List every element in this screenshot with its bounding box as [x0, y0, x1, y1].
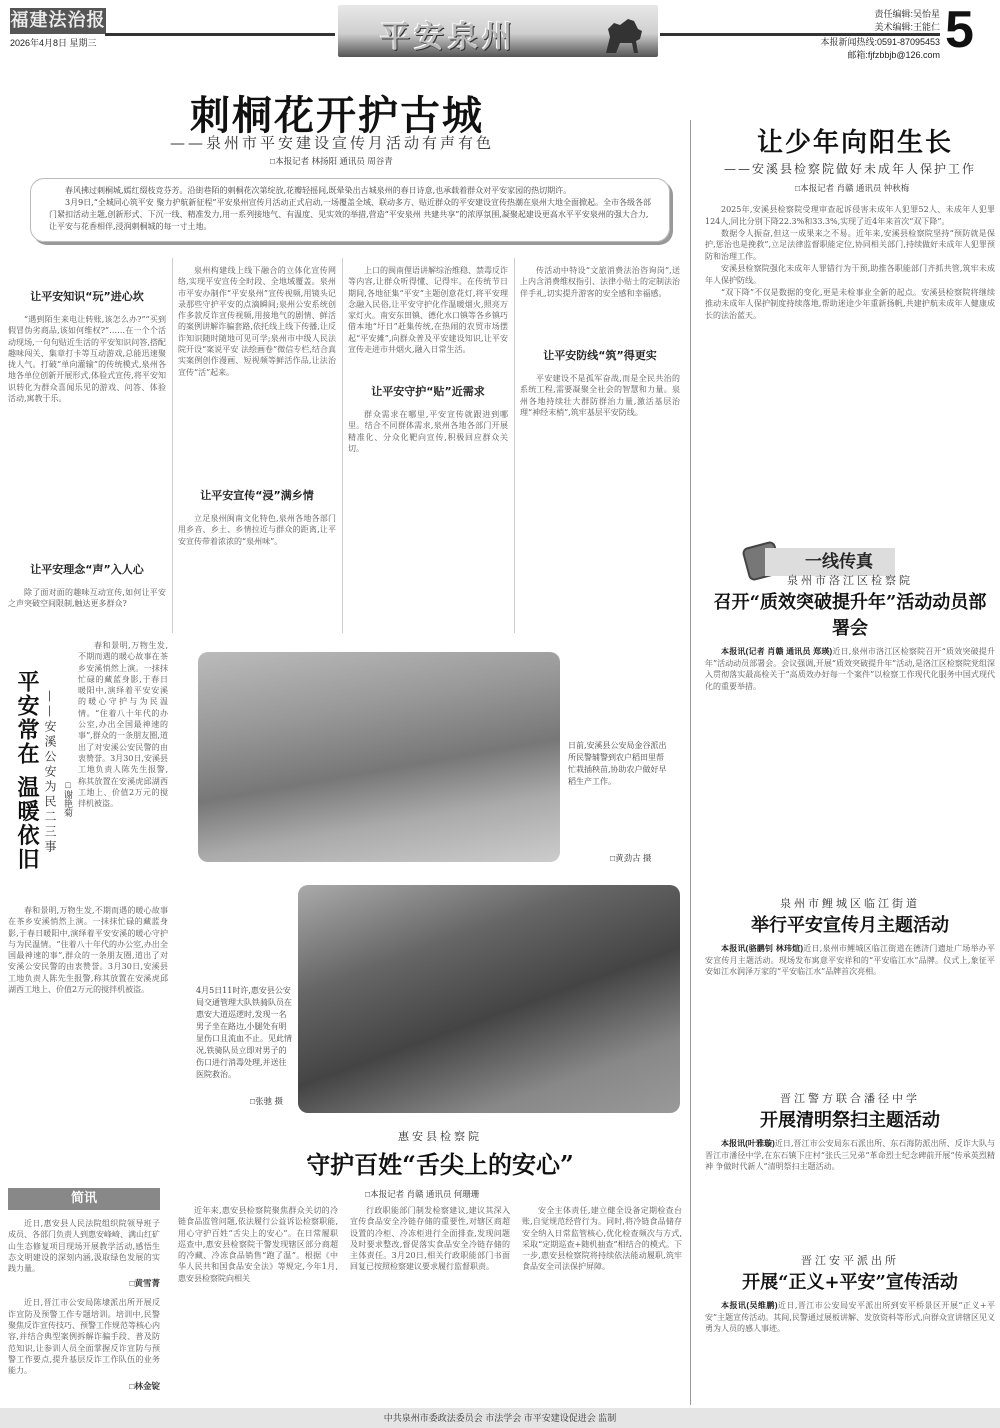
- news-body: 本报讯(叶雅璇)近日,晋江市公安局东石派出所、东石海防派出所、反诈大队与晋江市潘…: [705, 1138, 995, 1268]
- editor-name: 责任编辑:吴怡星: [780, 8, 940, 21]
- section-text: 上口的闽南俚语讲解综治维稳、禁毒反诈等内容,让群众听得懂、记得牢。在传统节日期间…: [348, 265, 508, 365]
- news-body: 本报讯(骆鹏钊 林玮煊)近日,泉州市鲤城区临江街道在德济门遗址广场举办平安宣传月…: [705, 943, 995, 1093]
- main-column-1: 让平安知识“玩”进心坎 “遇到陌生来电让转账,该怎么办?”“买到假冒伪劣商品,该…: [8, 288, 166, 633]
- news-kicker: 泉州市洛江区检察院: [705, 572, 995, 588]
- editors-info: 责任编辑:吴怡星 美术编辑:王能仁: [780, 8, 940, 34]
- column-divider: [342, 258, 343, 633]
- news-headline: 开展清明祭扫主题活动: [705, 1106, 995, 1132]
- huian-headline: 守护百姓“舌尖上的安心”: [190, 1145, 690, 1180]
- main-column-3: 上口的闽南俚语讲解综治维稳、禁毒反诈等内容,让群众听得懂、记得牢。在传统节日期间…: [348, 265, 508, 635]
- right-lead-body: 2025年,安溪县检察院受理审查起诉侵害未成年人犯罪52人、未成年人犯罪124人…: [705, 204, 995, 532]
- header-rule-left: [105, 33, 335, 36]
- photo-rice-planting: [198, 652, 560, 862]
- brief-item: 近日,惠安县人民法院组织院领导班子成员、各部门负责人到惠安峰崎、满山红矿山生态修…: [8, 1218, 160, 1274]
- section-banner-title: 平安泉州: [380, 12, 516, 56]
- footer-supervisor: 中共泉州市委政法委员会 市法学会 市平安建设促进会 监制: [0, 1408, 1000, 1428]
- news-kicker: 晋江安平派出所: [705, 1252, 995, 1268]
- brief-author: □黄雪菁: [8, 1277, 160, 1289]
- hotline: 本报新闻热线:0591-87095453: [720, 36, 940, 49]
- section-heading: 让平安守护“贴”近需求: [348, 383, 508, 399]
- news-headline: 举行平安宣传月主题活动: [705, 911, 995, 937]
- news-body: 本报讯(吴维鹏)近日,晋江市公安局安平派出所到安平桥景区开展“正义+平安”主题宣…: [705, 1300, 995, 1420]
- section-heading: 让平安知识“玩”进心坎: [8, 288, 166, 304]
- news-item: 晋江警方联合潘径中学 开展清明祭扫主题活动 本报讯(叶雅璇)近日,晋江市公安局东…: [705, 1090, 995, 1268]
- news-item: 晋江安平派出所 开展“正义+平安”宣传活动 本报讯(吴维鹏)近日,晋江市公安局安…: [705, 1252, 995, 1420]
- feature-text-cont: 春和景明,万物生发,不期而遇的暖心故事在茶乡安溪悄然上演。一抹抹忙碌的藏蓝身影,…: [8, 905, 168, 1180]
- issue-date: 2026年4月8日 星期三: [10, 36, 97, 49]
- news-item: 泉州市洛江区检察院 召开“质效突破提升年”活动动员部署会 本报讯(记者 肖赣 通…: [705, 572, 995, 916]
- horse-statue-icon: [598, 15, 648, 55]
- huian-col-3: 安全主体责任,建立健全设备定期检查台账,自觉规范经营行为。同时,将冷链食品储存安…: [522, 1205, 682, 1405]
- contact-info: 本报新闻热线:0591-87095453 邮箱:fjfzbbjb@126.com: [720, 36, 940, 62]
- feature-title: 平安常在 温暖依旧: [14, 670, 40, 872]
- section-text: 群众需求在哪里,平安宣传就跟进到哪里。结合不同群体需求,泉州各地各部门开展精准化…: [348, 409, 508, 454]
- feature-byline: □谢艳菊: [62, 780, 75, 817]
- column-divider: [514, 258, 515, 633]
- art-editor-name: 美术编辑:王能仁: [780, 21, 940, 34]
- news-kicker: 泉州市鲤城区临江街道: [705, 895, 995, 911]
- news-item: 泉州市鲤城区临江街道 举行平安宣传月主题活动 本报讯(骆鹏钊 林玮煊)近日,泉州…: [705, 895, 995, 1093]
- right-column-divider: [690, 120, 691, 1405]
- brief-author: □林金锭: [8, 1380, 160, 1392]
- photo-traffic-police: [298, 885, 680, 1113]
- news-kicker: 晋江警方联合潘径中学: [705, 1090, 995, 1106]
- right-lead-byline: □本报记者 肖赣 通讯员 钟秋梅: [795, 182, 909, 194]
- section-text: “遇到陌生来电让转账,该怎么办?”“买到假冒伪劣商品,该如何维权?”……在一个个…: [8, 314, 166, 549]
- section-text: 平安建设不是孤军奋战,而是全民共治的系统工程,需要凝聚全社会的智慧和力量。泉州各…: [520, 373, 680, 418]
- section-heading: 让平安理念“声”入人心: [8, 561, 166, 577]
- lead-paragraph: 春风拂过刺桐城,嫣红缀枝竞芬芳。沿街巷陌的刺桐花次第绽放,花瓣轻摇间,既晕染出古…: [49, 185, 651, 197]
- masthead-logo: 福建法治报: [10, 8, 106, 34]
- section-text: 立足泉州闽南文化特色,泉州各地各部门用乡音、乡土、乡情拉近与群众的距离,让平安宣…: [178, 513, 336, 547]
- main-column-4: 传活动中特设“文旅消费法治咨询岗”,送上内含消费维权指引、法律小贴士的定制法治伴…: [520, 265, 680, 635]
- lead-paragraph-box: 春风拂过刺桐城,嫣红缀枝竞芬芳。沿街巷陌的刺桐花次第绽放,花瓣轻摇间,既晕染出古…: [30, 178, 670, 242]
- section-text: 除了面对面的趣味互动宣传,如何让平安之声突破空间限制,触达更多群众?: [8, 587, 166, 610]
- feature-subtitle: ——安溪公安为民二三事: [42, 690, 59, 855]
- section-text: 传活动中特设“文旅消费法治咨询岗”,送上内含消费维权指引、法律小贴士的定制法治伴…: [520, 265, 680, 325]
- page-number: 5: [945, 4, 974, 56]
- main-byline: □本报记者 林扬阳 通讯员 周谷青: [270, 155, 393, 167]
- main-subheadline: ——泉州市平安建设宣传月活动有声有色: [170, 132, 494, 153]
- huian-col-2: 行政职能部门制发检察建议,建议其深入宣传食品安全冷链存储的重要性,对辖区商超设置…: [350, 1205, 510, 1405]
- right-lead-subheadline: ——安溪县检察院做好未成年人保护工作: [705, 160, 995, 177]
- photo-credit: □黄劲古 摄: [610, 852, 652, 864]
- news-headline: 召开“质效突破提升年”活动动员部署会: [705, 588, 995, 640]
- section-heading: 让平安宣传“浸”满乡情: [178, 487, 336, 503]
- column-divider: [172, 258, 173, 633]
- brief-heading: 简讯: [8, 1188, 160, 1210]
- section-text: 泉州构建线上线下融合的立体化宣传网络,实现平安宣传全时段、全地域覆盖。泉州市平安…: [178, 265, 336, 475]
- photo-credit: □张驰 摄: [250, 1095, 283, 1107]
- photo-caption: 4月5日11时许,惠安县公安局交通管理大队铁骑队员在惠安大道巡逻时,发现一名男子…: [196, 985, 292, 1081]
- photo-caption: 日前,安溪县公安局金谷派出所民警辅警到农户稻田里帮忙栽插秧苗,协助农户做好早稻生…: [568, 740, 668, 788]
- news-headline: 开展“正义+平安”宣传活动: [705, 1268, 995, 1294]
- main-column-2: 泉州构建线上线下融合的立体化宣传网络,实现平安宣传全时段、全地域覆盖。泉州市平安…: [178, 265, 336, 635]
- brief-item: 近日,晋江市公安局陈埭派出所开展反诈宣防及预警工作专题培训。培训中,民警聚焦反诈…: [8, 1297, 160, 1376]
- brief-list: 近日,惠安县人民法院组织院领导班子成员、各部门负责人到惠安峰崎、满山红矿山生态修…: [8, 1218, 160, 1392]
- right-lead-headline: 让少年向阳生长: [710, 122, 1000, 159]
- huian-byline: □本报记者 肖赣 通讯员 何珊珊: [365, 1188, 479, 1200]
- email: 邮箱:fjfzbbjb@126.com: [720, 49, 940, 62]
- huian-col-1: 近年来,惠安县检察院聚焦群众关切的冷链食品监管问题,依法履行公益诉讼检察职能,用…: [178, 1205, 338, 1405]
- news-body: 本报讯(记者 肖赣 通讯员 郑瑛)近日,泉州市洛江区检察院召开“质效突破提升年”…: [705, 646, 995, 916]
- feature-text: 春和景明,万物生发,不期而遇的暖心故事在茶乡安溪悄然上演。一抹抹忙碌的藏蓝身影,…: [78, 640, 168, 900]
- lead-paragraph: 3月9日,“全城同心筑平安 聚力护航新征程”平安泉州宣传月活动正式启动,一场覆盖…: [49, 197, 651, 233]
- section-heading: 让平安防线“筑”得更实: [520, 347, 680, 363]
- huian-kicker: 惠安县检察院: [330, 1128, 550, 1144]
